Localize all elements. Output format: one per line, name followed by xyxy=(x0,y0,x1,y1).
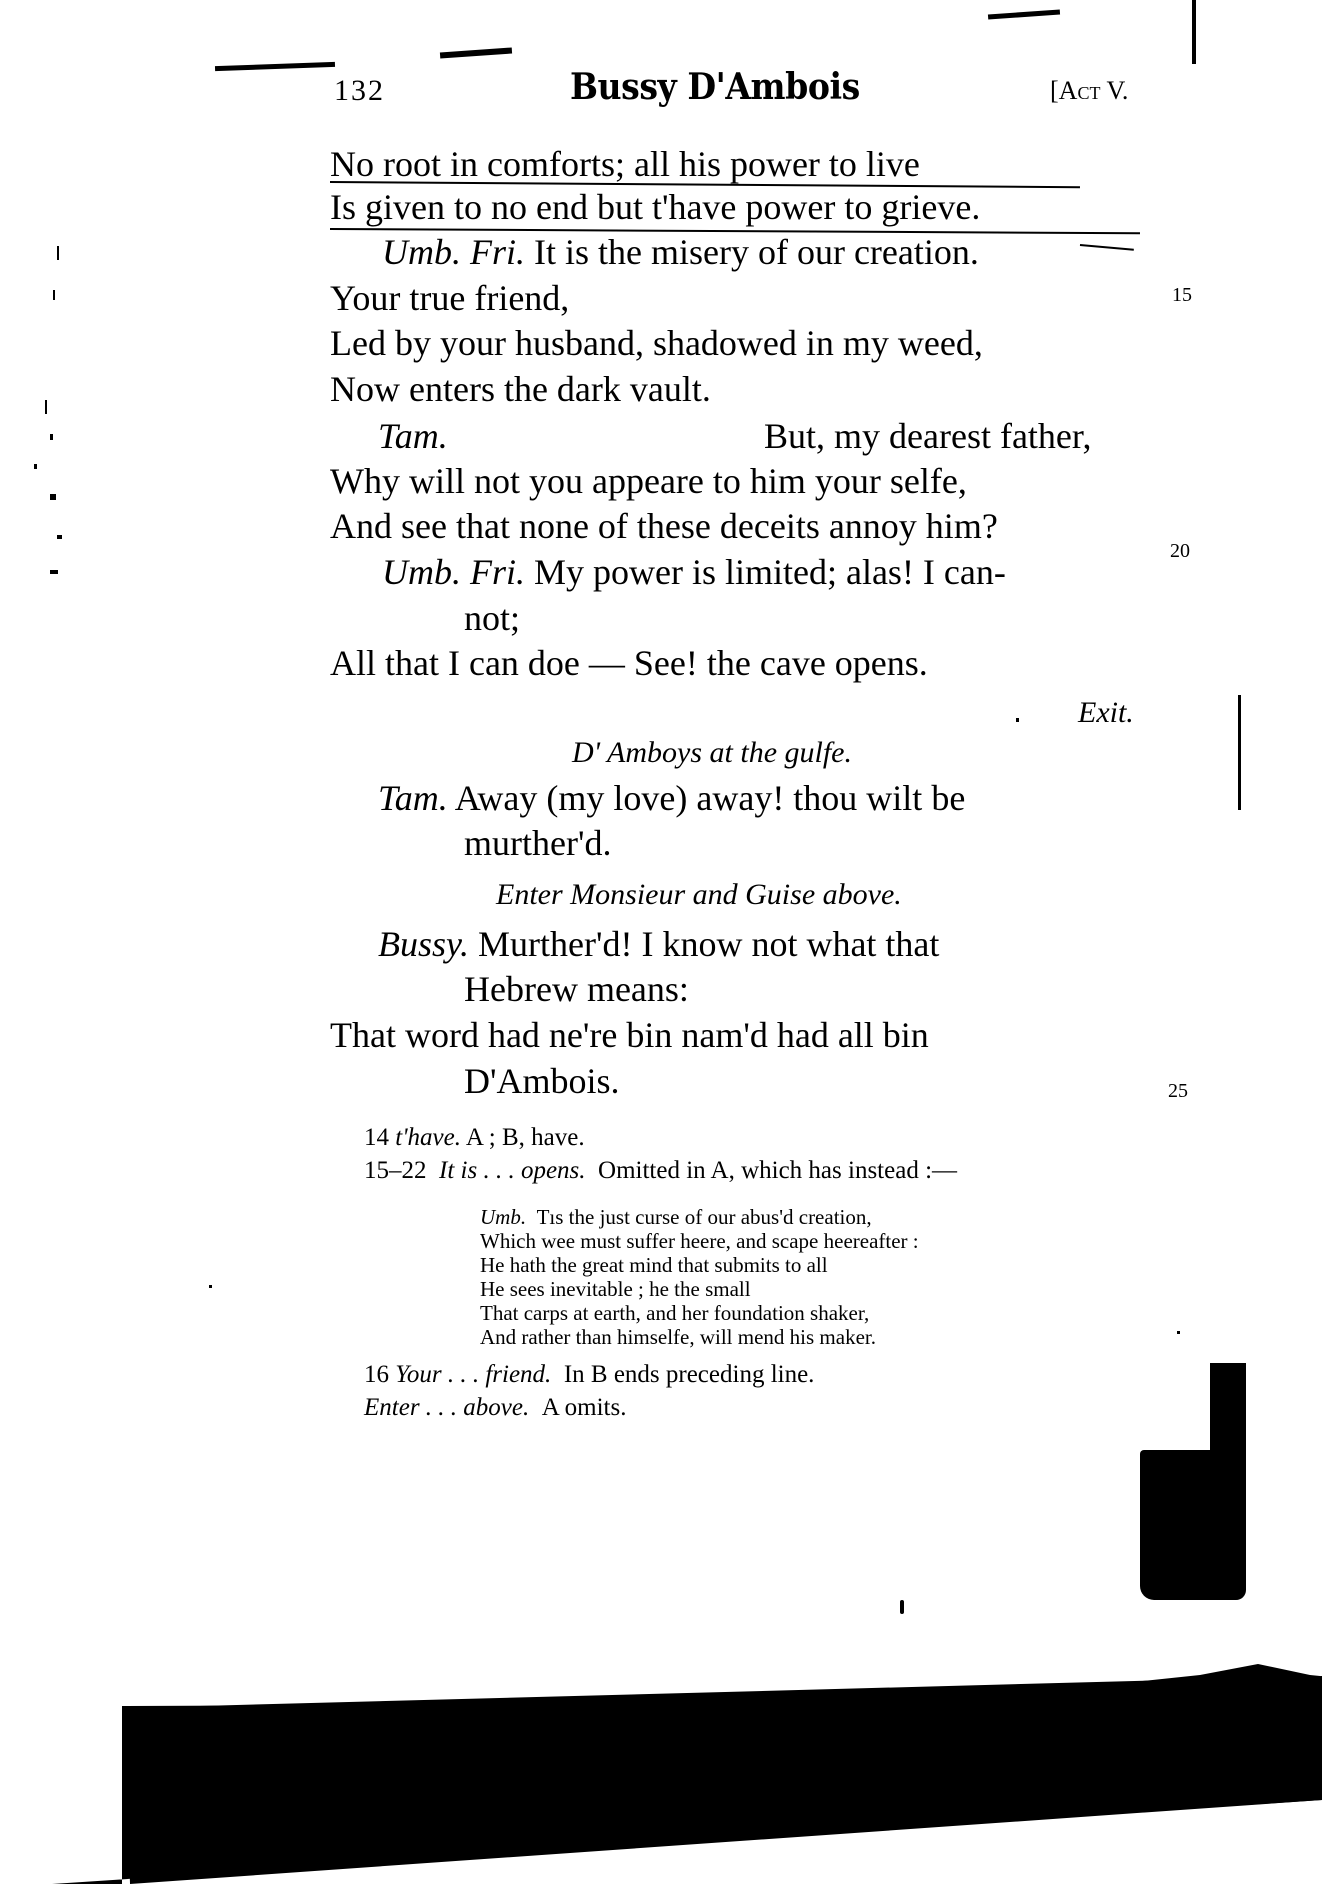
scan-artifact xyxy=(57,535,62,539)
scan-artifact xyxy=(50,494,56,500)
scan-artifact xyxy=(57,246,59,260)
scan-artifact xyxy=(45,400,47,414)
scan-black-band xyxy=(0,0,1323,1884)
scan-artifact xyxy=(53,290,55,300)
scan-artifact xyxy=(50,570,58,574)
scan-artifact xyxy=(34,464,37,469)
scan-artifact xyxy=(50,434,53,440)
